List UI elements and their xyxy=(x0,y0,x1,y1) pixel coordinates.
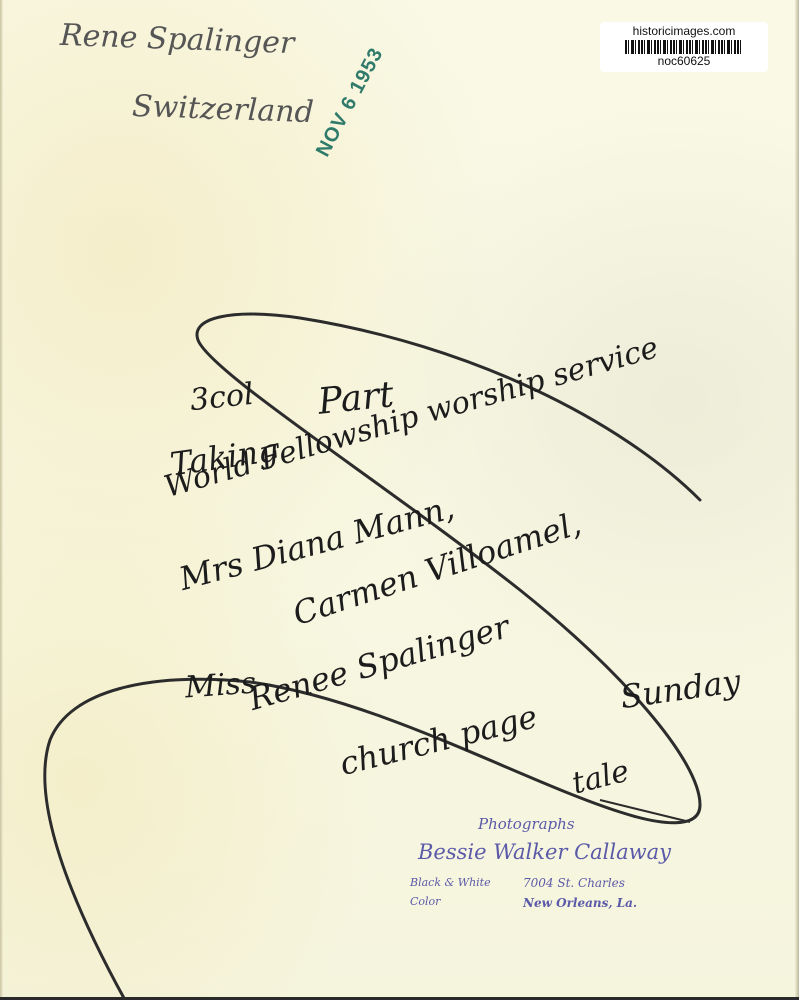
studio-stamp-heading: Photographs xyxy=(478,815,575,833)
studio-stamp-service-bw: Black & White xyxy=(410,876,491,889)
studio-stamp-name: Bessie Walker Callaway xyxy=(418,840,671,864)
studio-stamp-address-city: New Orleans, La. xyxy=(523,896,637,910)
studio-stamp-address-street: 7004 St. Charles xyxy=(523,876,625,890)
caption-line-3col: 3col xyxy=(188,377,255,418)
studio-stamp-service-color: Color xyxy=(410,895,440,908)
